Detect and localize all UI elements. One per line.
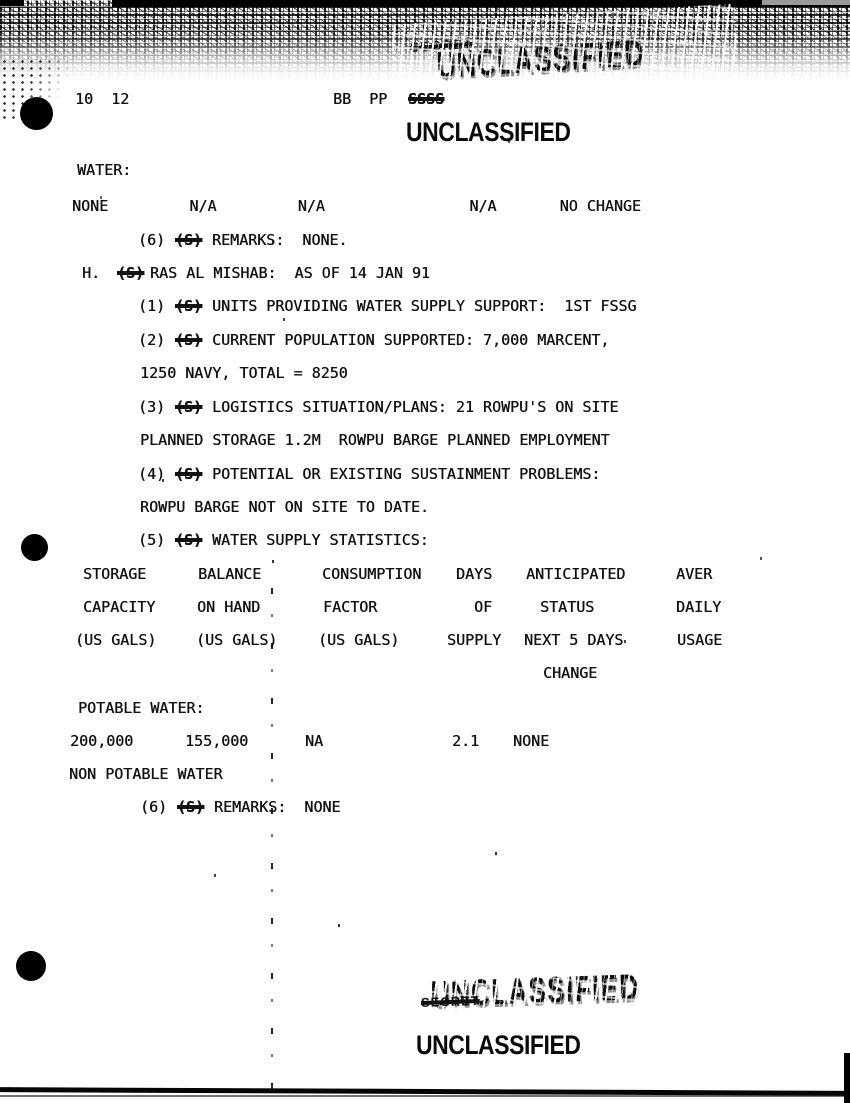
para-text-remarks-2: REMARKS: NONE (214, 798, 340, 816)
declass-strike-marker: (S) (175, 398, 202, 416)
table-cell: 155,000 (185, 732, 248, 750)
page-number: 10 12 (75, 90, 129, 108)
para-continuation: ROWPU BARGE NOT ON SITE TO DATE. (140, 498, 429, 516)
para-num: (1) (138, 297, 165, 315)
para-num: H. (82, 264, 100, 282)
declass-strike-marker: (S) (117, 264, 144, 282)
table-cell: NA (305, 732, 323, 750)
declass-strike-marker: (S) (175, 331, 202, 349)
table-header-cell: SUPPLY (447, 631, 501, 649)
declass-strike-marker: (S) (175, 231, 202, 249)
table-header-cell: NEXT 5 DAYS (524, 631, 623, 649)
table-header-cell: FACTOR (323, 598, 377, 616)
para-text-logistics: LOGISTICS SITUATION/PLANS: 21 ROWPU'S ON… (212, 398, 618, 416)
declass-strike-marker: (S) (175, 465, 202, 483)
classification-heading-top: UNCLASSIFIED (406, 117, 570, 148)
table-header-cell: (US GALS) (75, 631, 156, 649)
secret-struck-bottom: SECRET (421, 993, 480, 1010)
scan-top-edge (112, 0, 850, 7)
table-header-cell: BALANCE (198, 565, 261, 583)
table-header-cell: STORAGE (83, 565, 146, 583)
para-text-ras-al-mishab: RAS AL MISHAB: AS OF 14 JAN 91 (150, 264, 430, 282)
stamp-text: UNCLASSIFIED (435, 32, 645, 87)
potable-water-label: POTABLE WATER: (78, 699, 204, 717)
table-header-cell: ON HAND (197, 598, 260, 616)
table-header-cell: OF (474, 598, 492, 616)
table-header-cell: (US GALS) (318, 631, 399, 649)
routing-code-struck: SSSS (408, 90, 444, 108)
table-header-cell: USAGE (677, 631, 722, 649)
classification-heading-bottom: UNCLASSIFIED (416, 1030, 580, 1061)
declass-strike-marker: (S) (175, 531, 202, 549)
para-continuation: PLANNED STORAGE 1.2M ROWPU BARGE PLANNED… (140, 431, 610, 449)
declass-strike-marker: (S) (177, 798, 204, 816)
hole-punch-bottom (16, 951, 46, 981)
table-header-cell: DAILY (676, 598, 721, 616)
hole-punch-middle (21, 534, 48, 561)
para-num: (3) (138, 398, 165, 416)
para-num: (2) (138, 331, 165, 349)
scan-top-edge-gray (762, 0, 850, 5)
table-header-cell: STATUS (540, 598, 594, 616)
unclassified-stamp-top: UNCLASSIFIED (395, 8, 736, 127)
table-cell: 200,000 (70, 732, 133, 750)
para-text-population: CURRENT POPULATION SUPPORTED: 7,000 MARC… (212, 331, 609, 349)
water-heading: WATER: (77, 161, 131, 179)
table-header-cell: DAYS (456, 565, 492, 583)
page-fold-line (271, 588, 273, 1093)
para-num: (4) (138, 465, 165, 483)
para-text-problems: POTENTIAL OR EXISTING SUSTAINMENT PROBLE… (212, 465, 600, 483)
para-continuation: 1250 NAVY, TOTAL = 8250 (140, 364, 348, 382)
declass-strike-marker: (S) (175, 297, 202, 315)
table-cell: NONE (513, 732, 549, 750)
para-num: (6) (140, 798, 167, 816)
para-num: (5) (138, 531, 165, 549)
scan-bottom-edge-2 (0, 1095, 850, 1097)
table-cell: 2.1 (452, 732, 479, 750)
hole-punch-top (20, 97, 53, 130)
table-header-cell: (US GALS) (196, 631, 277, 649)
nonpotable-water-label: NON POTABLE WATER (69, 765, 223, 783)
table-header-cell: ANTICIPATED (526, 565, 625, 583)
scan-right-edge-strip (844, 1053, 850, 1103)
table-header-cell: CAPACITY (83, 598, 155, 616)
table-header-cell: CONSUMPTION (322, 565, 421, 583)
para-num: (6) (138, 231, 165, 249)
scan-speckles (0, 0, 2, 3)
status-row: NONE N/A N/A N/A NO CHANGE (72, 197, 641, 215)
routing-code: BB PP (333, 90, 387, 108)
para-text-statistics: WATER SUPPLY STATISTICS: (212, 531, 429, 549)
para-text-units: UNITS PROVIDING WATER SUPPLY SUPPORT: 1S… (212, 297, 636, 315)
table-header-cell: AVER (676, 565, 712, 583)
table-header-cell: CHANGE (543, 664, 597, 682)
para-text-remarks: REMARKS: NONE. (212, 231, 347, 249)
scan-top-edge-left (0, 0, 24, 6)
scanned-document-page: SECRET UNCLASSIFIED 10 12 BB PP SSSS UNC… (0, 0, 850, 1103)
